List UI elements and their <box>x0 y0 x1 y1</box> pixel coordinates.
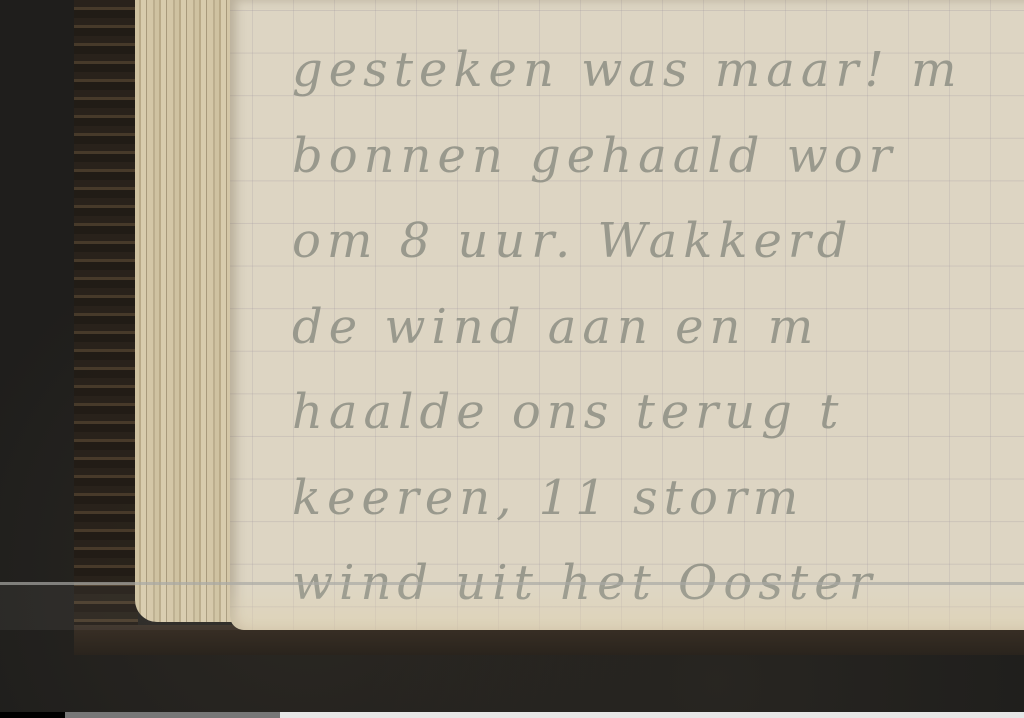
notebook-cover-edge <box>74 0 138 640</box>
handwriting-line: gesteken was maar! m <box>292 28 1024 114</box>
handwriting-line: keeren, 11 storm <box>292 456 1024 542</box>
handwriting-line: om 8 uur. Wakkerd <box>292 199 1024 285</box>
handwriting-line: bonnen gehaald wor <box>292 114 1024 200</box>
handwritten-text: gesteken was maar! m bonnen gehaald wor … <box>292 28 1024 627</box>
handwriting-line: de wind aan en m <box>292 285 1024 371</box>
scan-bottom-strip <box>0 712 1024 718</box>
page-stack-edges <box>135 0 245 622</box>
protective-sleeve <box>0 585 1024 630</box>
handwriting-line: haalde ons terug t <box>292 370 1024 456</box>
